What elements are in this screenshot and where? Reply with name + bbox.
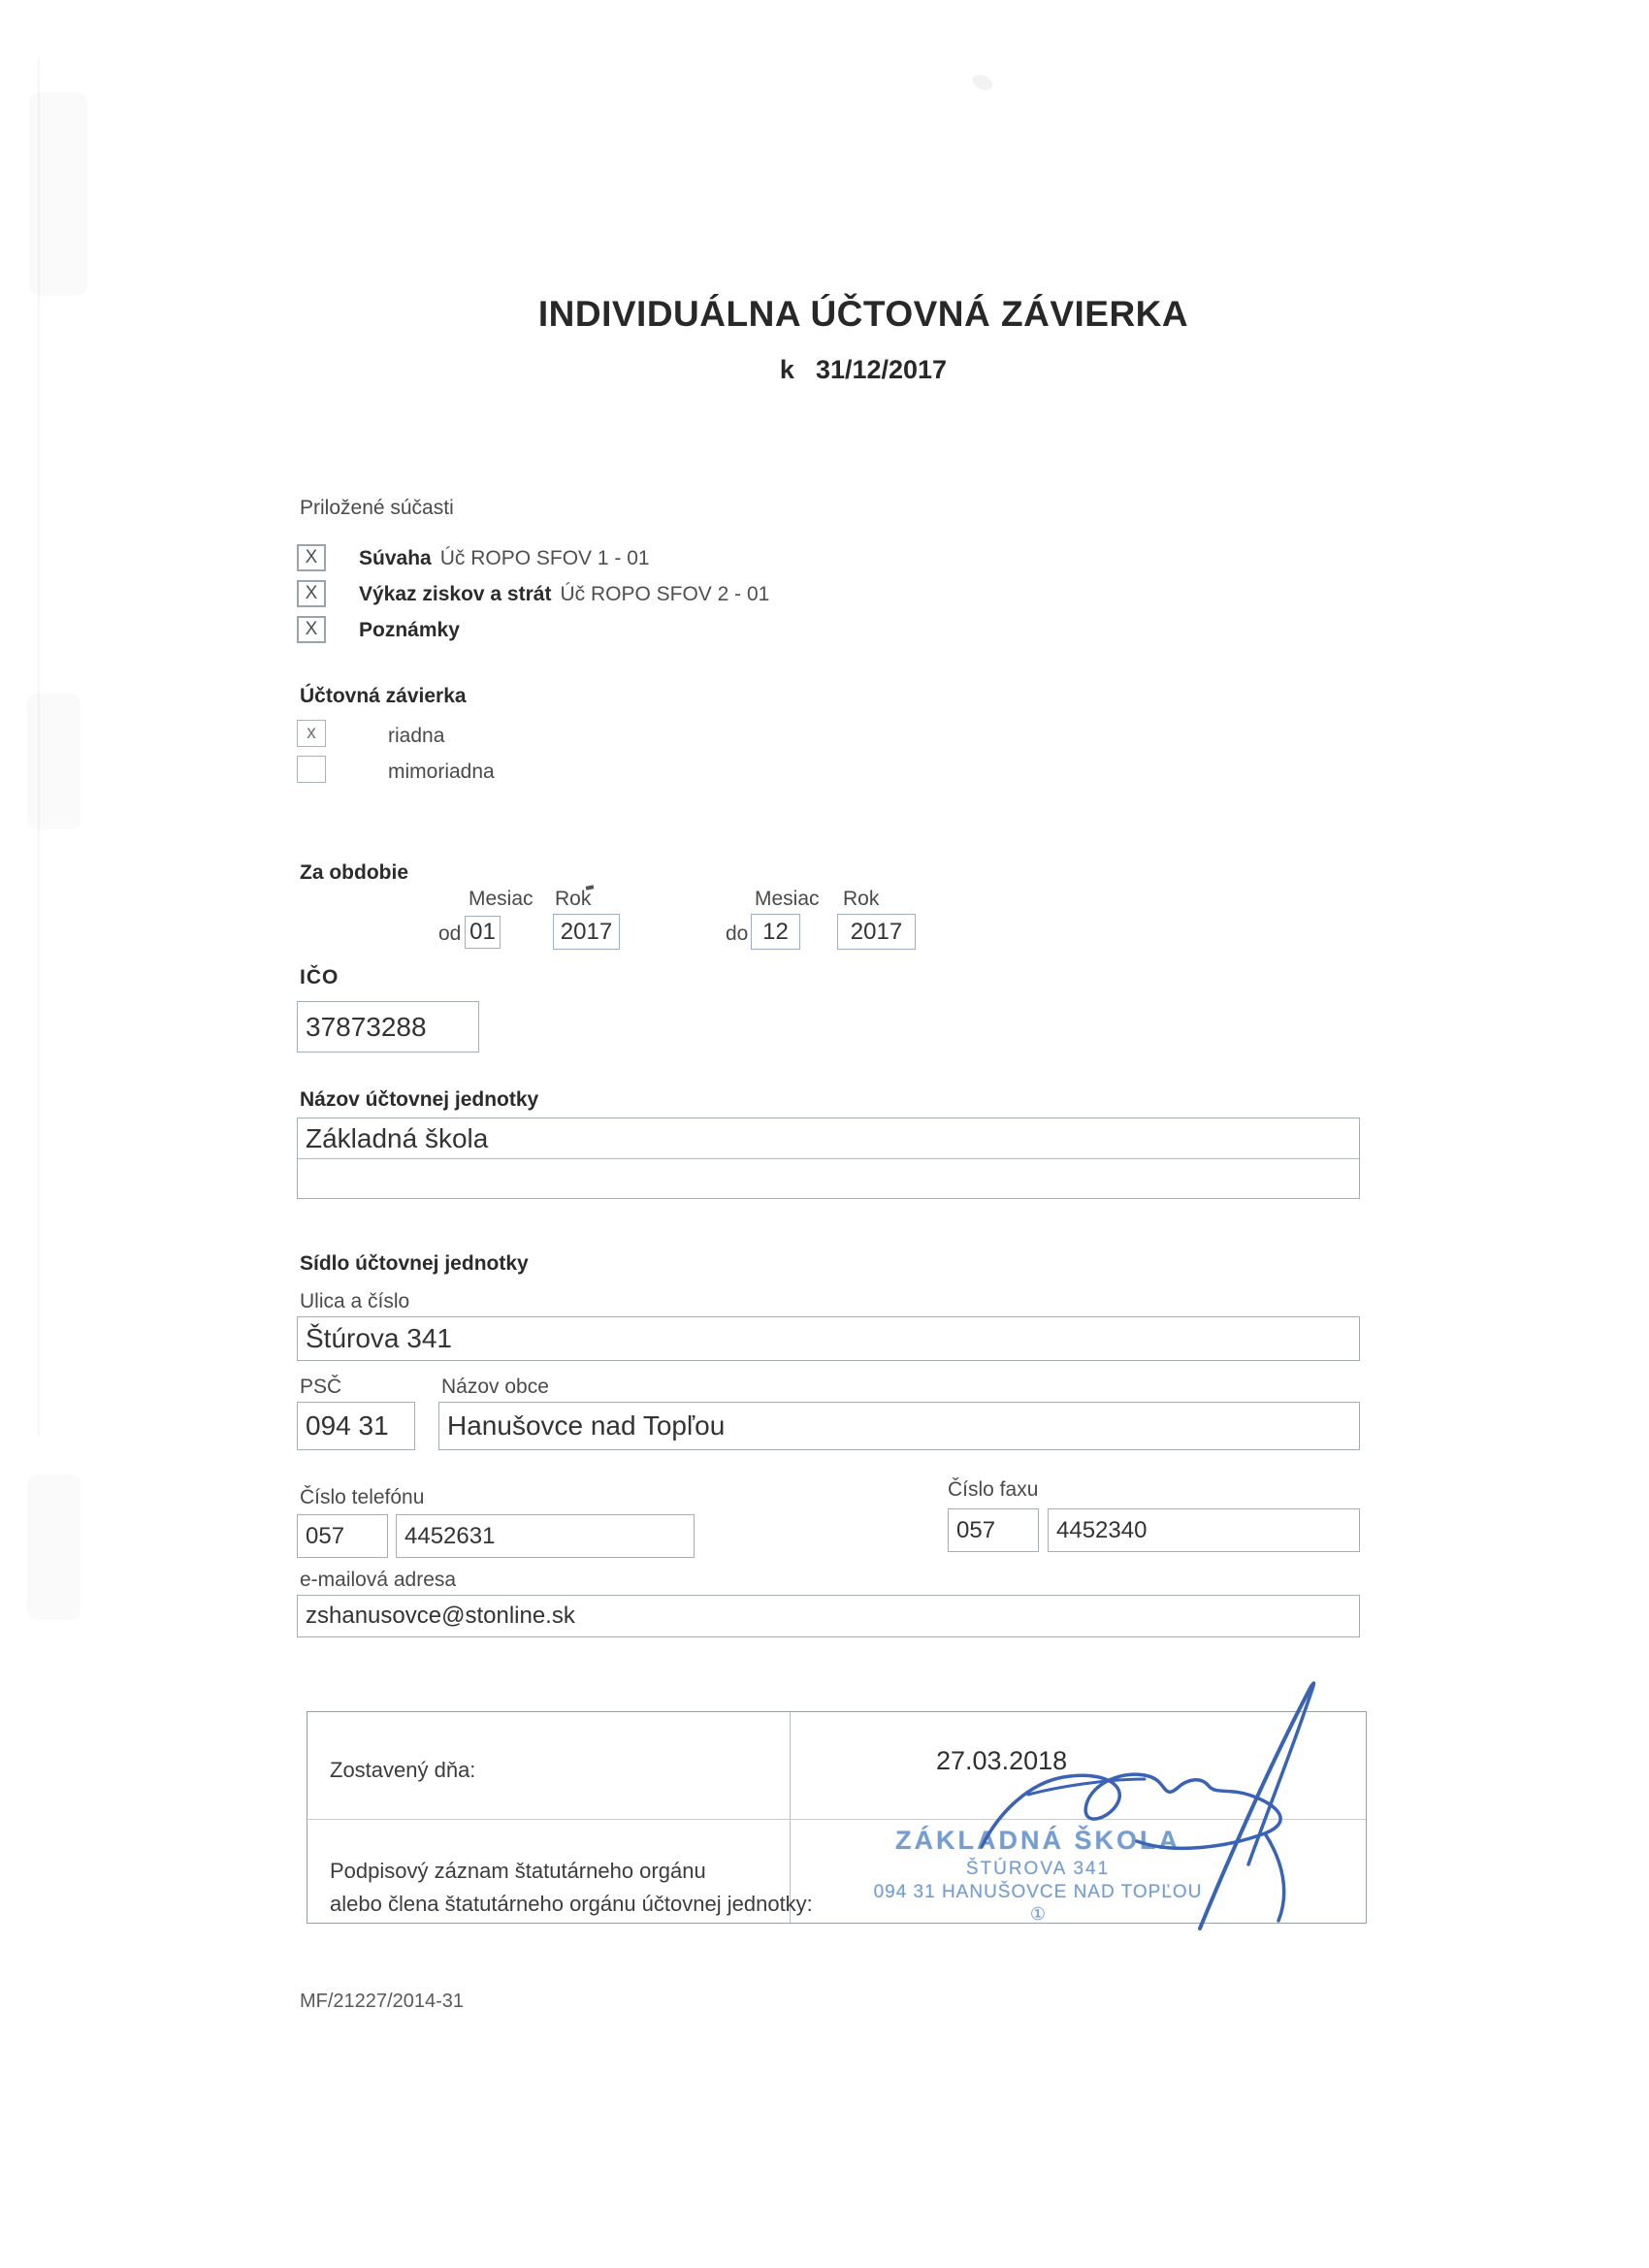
to-label: do [726, 923, 748, 946]
zip-field[interactable]: 094 31 [297, 1402, 415, 1450]
email-label: e-mailová adresa [300, 1569, 456, 1592]
subtitle-prefix: k [780, 355, 794, 385]
attached-parts-label: Priložené súčasti [300, 497, 454, 520]
to-year-label: Rok [843, 888, 879, 911]
scan-artifact-tick [586, 885, 595, 891]
from-year-field[interactable]: 2017 [553, 914, 620, 950]
street-field[interactable]: Štúrova 341 [297, 1316, 1360, 1361]
checkbox-mimoriadna[interactable] [297, 756, 326, 783]
scan-artifact-smudge [29, 92, 87, 296]
entity-name-label: Názov účtovnej jednotky [300, 1088, 538, 1112]
scan-artifact-smudge [27, 1474, 81, 1620]
from-year-label: Rok [555, 888, 591, 911]
fax-number-field[interactable]: 4452340 [1048, 1508, 1360, 1552]
to-month-label: Mesiac [755, 888, 820, 911]
attached-item-suvaha: SúvahaÚč ROPO SFOV 1 - 01 [359, 547, 650, 570]
entity-name-field-2[interactable] [298, 1159, 1359, 1199]
phone-label: Číslo telefónu [300, 1486, 424, 1509]
attached-item-poznamky: Poznámky [359, 619, 469, 642]
fax-prefix-field[interactable]: 057 [948, 1508, 1039, 1552]
from-month-label: Mesiac [469, 888, 533, 911]
scanned-form-page: INDIVIDUÁLNA ÚČTOVNÁ ZÁVIERKA k31/12/201… [0, 0, 1649, 2268]
attached-item-vykaz: Výkaz ziskov a strátÚč ROPO SFOV 2 - 01 [359, 583, 769, 606]
mimoriadna-label: mimoriadna [388, 761, 495, 784]
form-reference-number: MF/21227/2014-31 [300, 1991, 464, 2013]
city-field[interactable]: Hanušovce nad Topľou [438, 1402, 1360, 1450]
handwritten-signature [970, 1670, 1348, 1937]
email-field[interactable]: zshanusovce@stonline.sk [297, 1595, 1360, 1637]
entity-name-field-group: Základná škola [297, 1118, 1360, 1199]
street-label: Ulica a číslo [300, 1290, 409, 1313]
signatory-label: Podpisový záznam štatutárneho orgánu ale… [330, 1855, 813, 1921]
ico-label: IČO [300, 966, 339, 989]
checkbox-suvaha[interactable]: X [297, 544, 326, 571]
from-month-field[interactable]: 01 [465, 916, 501, 949]
signatory-line1: Podpisový záznam štatutárneho orgánu [330, 1855, 813, 1888]
checkbox-riadna[interactable]: x [297, 720, 326, 747]
from-label: od [438, 923, 461, 946]
checkbox-vykaz[interactable]: X [297, 580, 326, 607]
period-label: Za obdobie [300, 861, 408, 885]
ico-field[interactable]: 37873288 [297, 1001, 479, 1053]
checkbox-poznamky[interactable]: X [297, 616, 326, 643]
entity-name-field[interactable]: Základná škola [298, 1118, 1359, 1159]
scan-artifact-speck [970, 72, 995, 93]
scan-artifact-smudge [27, 694, 81, 829]
subtitle-date: 31/12/2017 [816, 355, 947, 384]
form-title: INDIVIDUÁLNA ÚČTOVNÁ ZÁVIERKA [0, 294, 1649, 335]
compiled-date-label: Zostavený dňa: [330, 1758, 475, 1783]
address-label: Sídlo účtovnej jednotky [300, 1252, 529, 1276]
phone-number-field[interactable]: 4452631 [396, 1514, 695, 1558]
to-month-field[interactable]: 12 [751, 914, 800, 950]
fax-label: Číslo faxu [948, 1478, 1038, 1502]
form-subtitle: k31/12/2017 [0, 355, 1649, 385]
zip-label: PSČ [300, 1376, 341, 1399]
to-year-field[interactable]: 2017 [837, 914, 916, 950]
city-label: Názov obce [441, 1376, 549, 1399]
phone-prefix-field[interactable]: 057 [297, 1514, 388, 1558]
signatory-line2: alebo člena štatutárneho orgánu účtovnej… [330, 1888, 813, 1921]
riadna-label: riadna [388, 725, 444, 748]
closing-type-label: Účtovná závierka [300, 685, 467, 708]
